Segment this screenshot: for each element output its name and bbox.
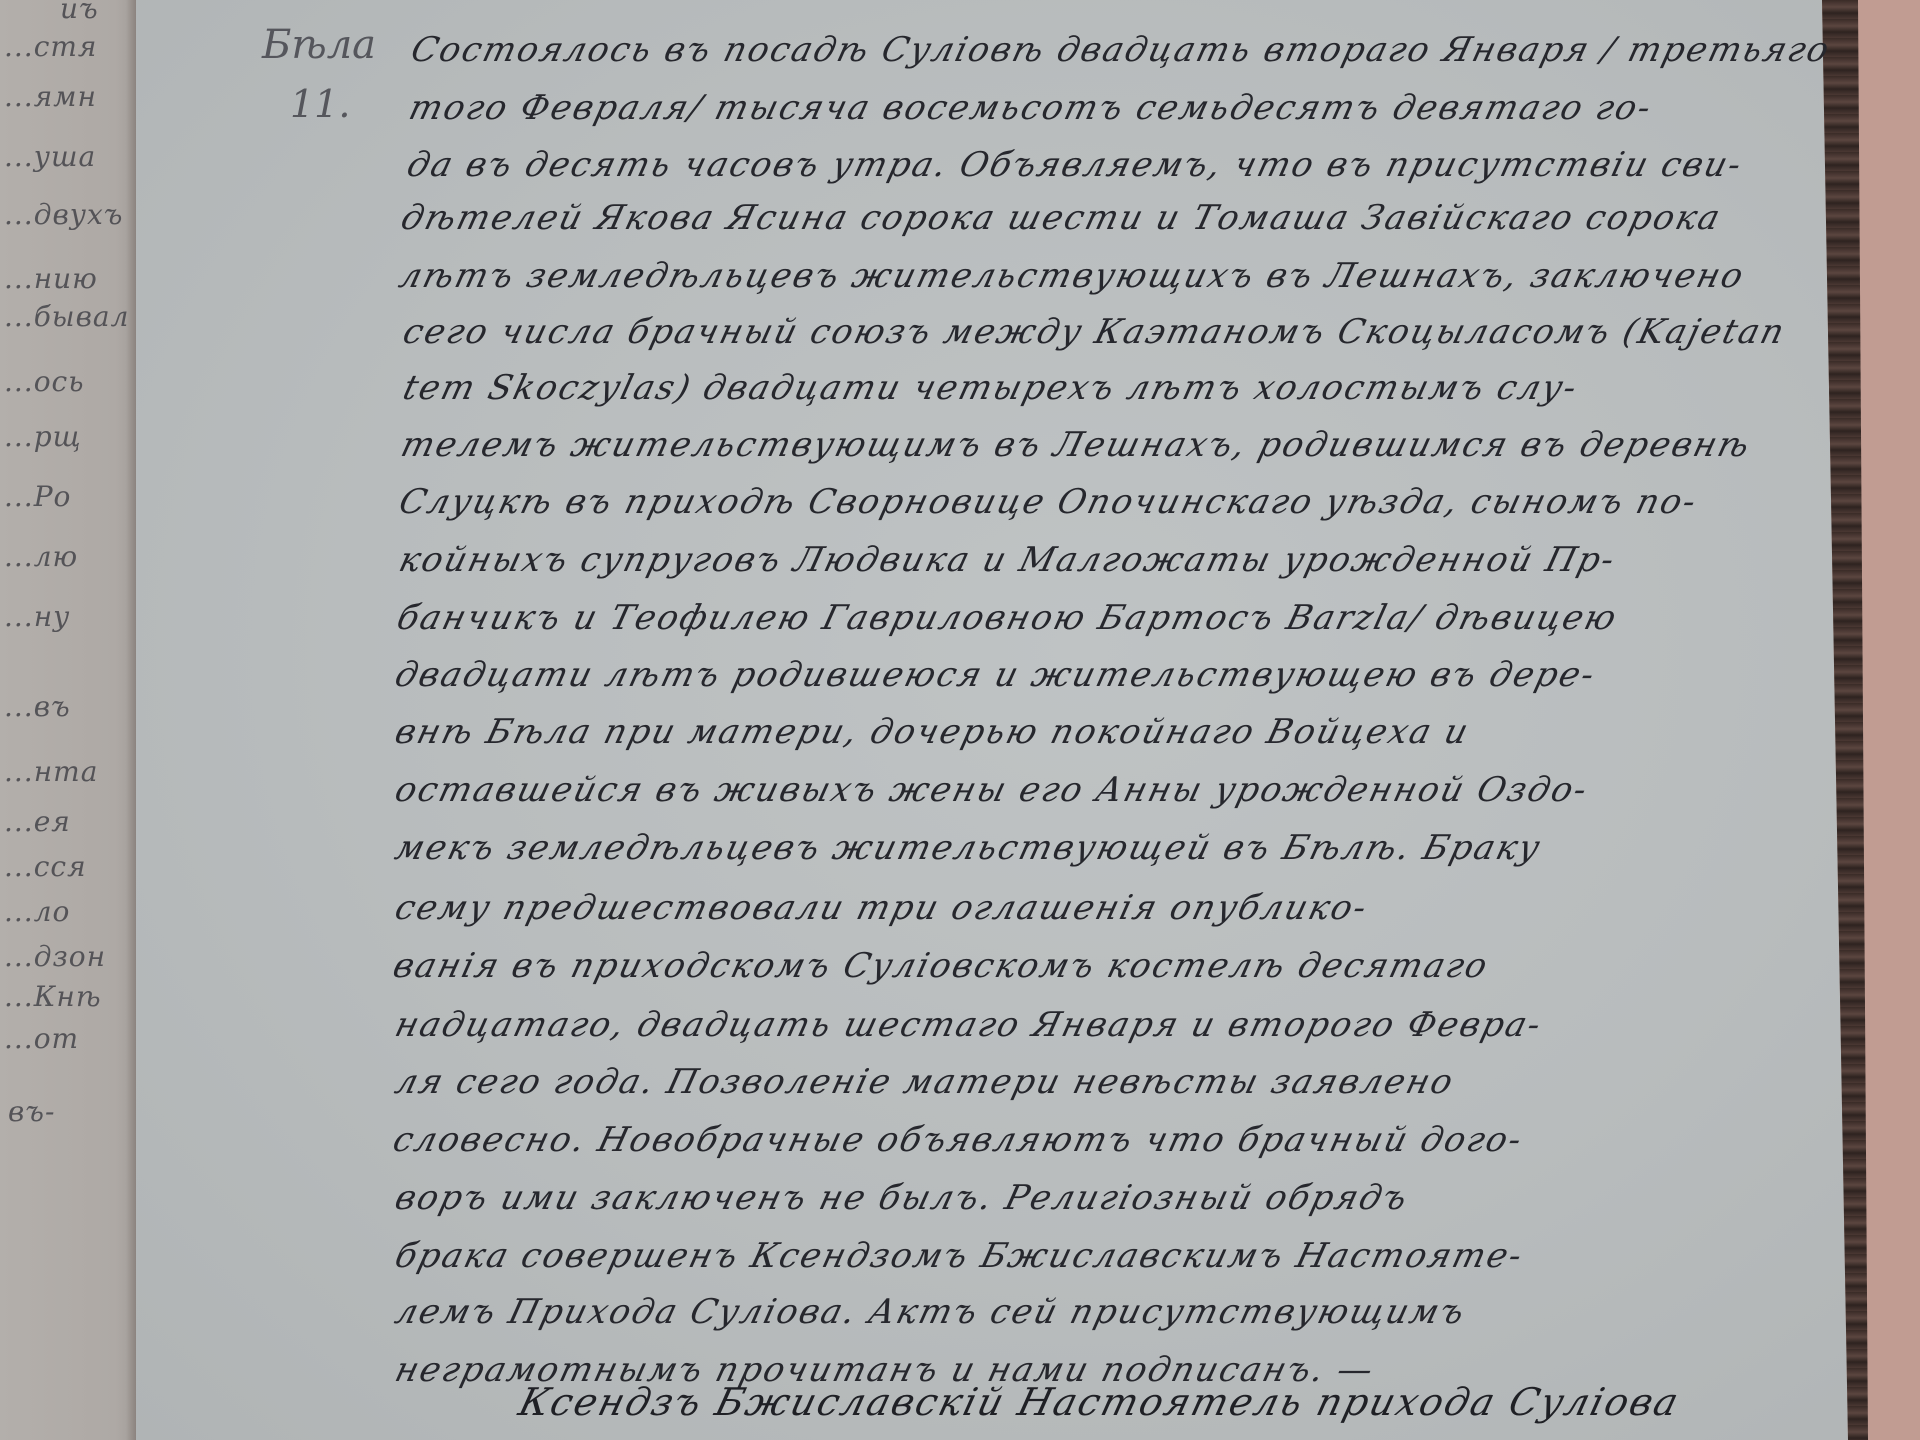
record-line: телемъ жительствующимъ въ Лешнахъ, родив… xyxy=(397,425,1755,465)
record-line: надцатаго, двадцать шестаго Января и вто… xyxy=(391,1005,1547,1045)
left-page-fragment: ...дзон xyxy=(4,940,106,973)
record-line: словесно. Новобрачные объявляютъ что бра… xyxy=(389,1120,1527,1160)
facing-left-page: иъ ...стя ...ямн ...уша ...двухъ ...нию … xyxy=(0,0,136,1440)
left-page-fragment: ...лю xyxy=(4,540,78,573)
record-line: Состоялось въ посадѣ Суліовѣ двадцать вт… xyxy=(407,30,1835,70)
record-line: ля сего года. Позволеніе матери невѣсты … xyxy=(391,1062,1459,1102)
record-line: брака совершенъ Ксендзомъ Бжиславскимъ Н… xyxy=(391,1236,1528,1276)
page-gutter-shadow xyxy=(126,0,136,1440)
left-page-fragment: ...ось xyxy=(4,365,84,398)
record-line: оставшейся въ живыхъ жены его Анны урожд… xyxy=(391,770,1593,810)
record-line: койныхъ супруговъ Людвика и Малгожаты ур… xyxy=(395,540,1620,580)
left-page-fragment: ...въ xyxy=(4,690,71,723)
left-page-fragment: ...от xyxy=(4,1022,79,1055)
left-page-fragment: ...рщ xyxy=(4,420,82,453)
record-line: сего числа брачный союзъ между Каэтаномъ… xyxy=(399,312,1790,352)
record-line: ванія въ приходскомъ Суліовскомъ костелѣ… xyxy=(389,946,1493,986)
left-page-fragment: ...бывал xyxy=(4,300,129,333)
left-page-fragment: ...двухъ xyxy=(4,198,123,231)
record-line: мекъ земледѣльцевъ жительствующей въ Бѣл… xyxy=(391,828,1546,868)
margin-place-name: Бѣла xyxy=(262,22,376,68)
left-page-fragment: ...нию xyxy=(4,262,98,295)
record-line: лемъ Прихода Суліова. Актъ сей присутств… xyxy=(391,1292,1470,1332)
left-page-fragment: иъ xyxy=(60,0,99,25)
left-page-fragment: въ- xyxy=(8,1095,55,1128)
record-line: Слуцкѣ въ приходѣ Сворновице Опочинскаго… xyxy=(395,482,1702,522)
left-page-fragment: ...сся xyxy=(4,850,87,883)
record-line: банчикъ и Теофилею Гавриловною Бартосъ B… xyxy=(393,598,1622,638)
record-line: внѣ Бѣла при матери, дочерью покойнаго В… xyxy=(391,712,1474,752)
left-page-fragment: ...ну xyxy=(4,600,70,633)
record-line: лѣтъ земледѣльцевъ жительствующихъ въ Ле… xyxy=(395,256,1749,296)
left-page-fragment: ...ло xyxy=(4,895,70,928)
left-page-fragment: ...уша xyxy=(4,140,96,173)
left-page-fragment: ...ямн xyxy=(4,80,97,113)
record-line: двадцати лѣтъ родившеюся и жительствующе… xyxy=(391,655,1600,695)
record-line: того Февраля/ тысяча восемьсотъ семьдеся… xyxy=(405,88,1657,128)
left-page-fragment: ...Кнѣ xyxy=(4,980,102,1013)
left-page-fragment: ...стя xyxy=(4,30,97,63)
record-line: tem Skoczylas) двадцати четырехъ лѣтъ хо… xyxy=(399,368,1582,408)
record-line: воръ ими заключенъ не былъ. Религіозный … xyxy=(391,1178,1413,1218)
margin-record-number: 11. xyxy=(290,82,350,126)
left-page-fragment: ...Ро xyxy=(4,480,71,513)
priest-signature: Ксендзъ Бжиславскій Настоятель прихода С… xyxy=(515,1380,1685,1424)
record-line: да въ десять часовъ утра. Объявляемъ, чт… xyxy=(403,145,1747,185)
record-line: дѣтелей Якова Ясина сорока шести и Томаш… xyxy=(397,198,1726,238)
left-page-fragment: ...ея xyxy=(4,805,71,838)
left-page-fragment: ...нта xyxy=(4,755,98,788)
record-line: сему предшествовали три оглашенія опубли… xyxy=(391,888,1372,928)
